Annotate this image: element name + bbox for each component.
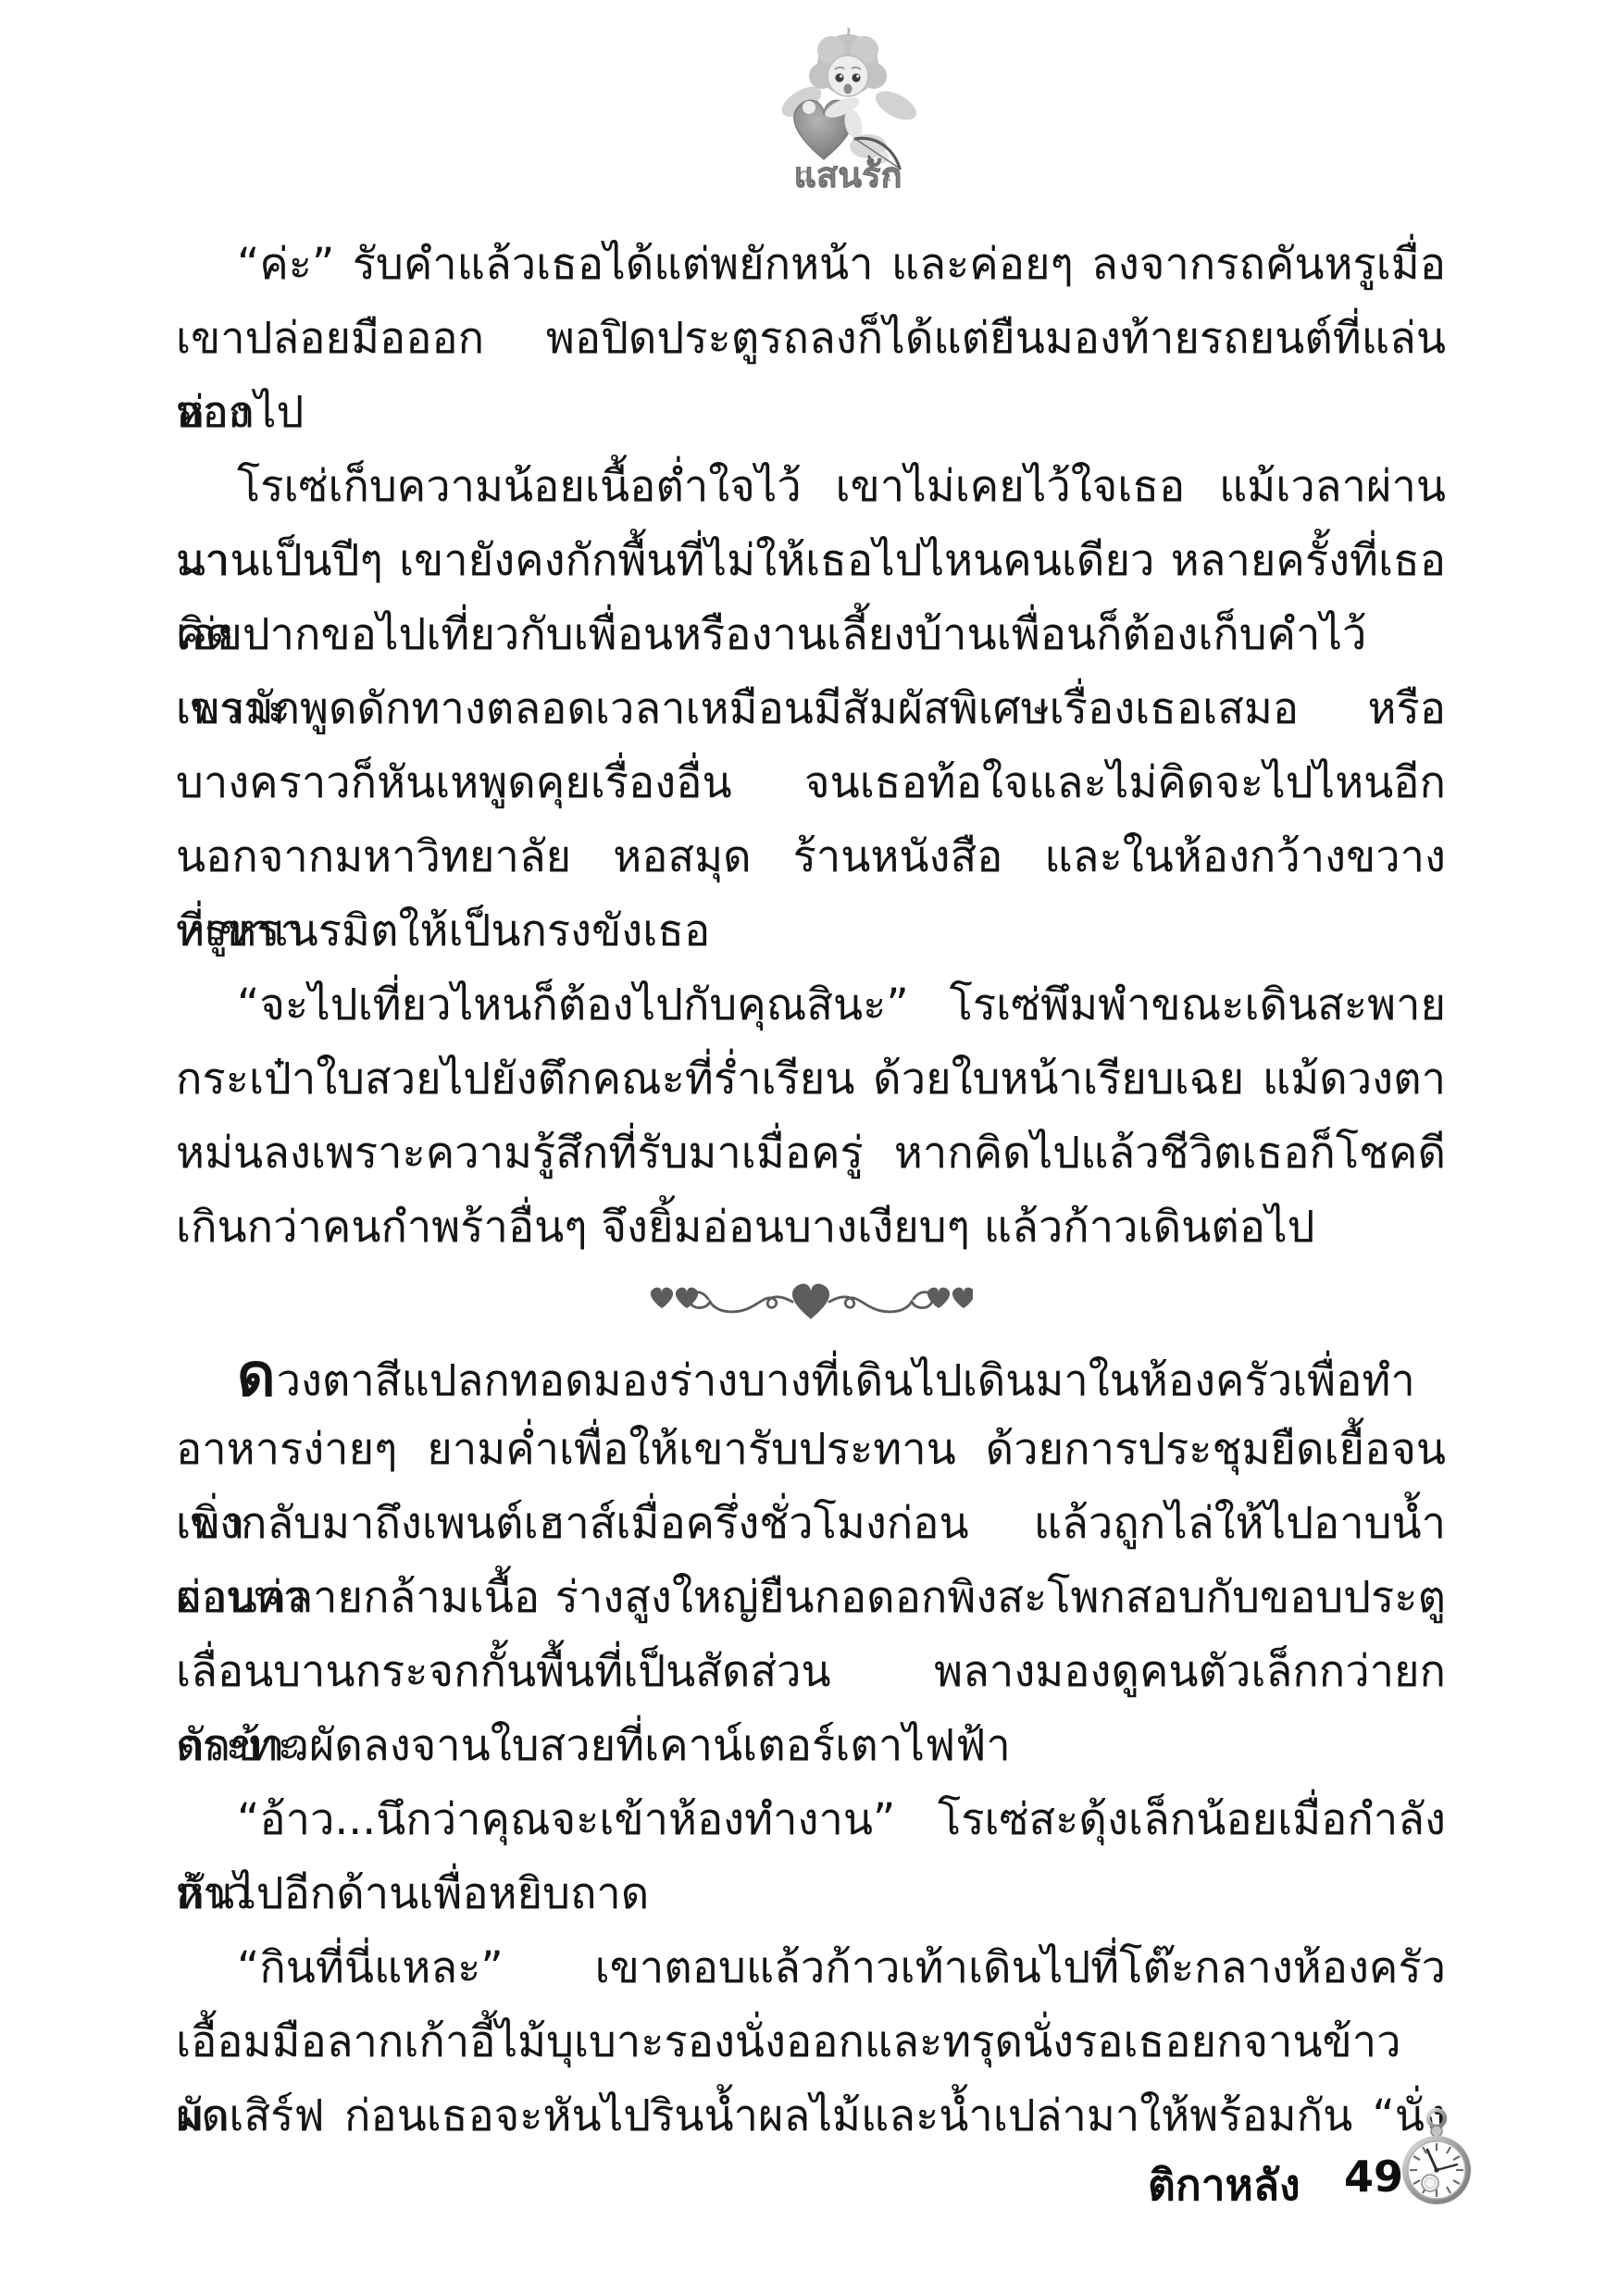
body-line: เลื่อนบานกระจกกั้นพื้นที่เป็นสัดส่วน พลา… [176, 1635, 1446, 1709]
body-line: เขามักพูดดักทางตลอดเวลาเหมือนมีสัมผัสพิเ… [176, 672, 1446, 746]
pocket-watch-icon [1400, 2107, 1472, 2218]
body-line: “อ้าว...นึกว่าคุณจะเข้าห้องทำงาน” โรเซ่ส… [176, 1783, 1446, 1857]
body-line: หม่นลงเพราะความรู้สึกที่รับมาเมื่อครู่ ห… [176, 1117, 1446, 1191]
wing-right [871, 85, 921, 126]
page-body: “ค่ะ” รับคำแล้วเธอได้แต่พยักหน้า และค่อย… [176, 228, 1446, 2153]
header-logo: แสนรัก [765, 28, 931, 193]
body-line: นานเป็นปีๆ เขายังคงกักพื้นที่ไม่ให้เธอไป… [176, 524, 1446, 598]
body-line: ที่เขาเนรมิตให้เป็นกรงขังเธอ [176, 894, 1446, 968]
cupid-heart-logo: แสนรัก [765, 28, 931, 193]
body-line: เกินกว่าคนกำพร้าอื่นๆ จึงยิ้มอ่อนบางเงีย… [176, 1191, 1446, 1265]
page-footer: ติกาหลัง 49 [1148, 2107, 1481, 2237]
body-line: นอกจากมหาวิทยาลัย หอสมุด ร้านหนังสือ และ… [176, 820, 1446, 894]
body-line-text: วงตาสีแปลกทอดมองร่างบางที่เดินไปเดินมาใน… [277, 1355, 1415, 1406]
body-line: หันไปอีกด้านเพื่อหยิบถาด [176, 1857, 1446, 1931]
chapter-title: ติกาหลัง [1148, 2152, 1301, 2219]
body-line: “จะไปเที่ยวไหนก็ต้องไปกับคุณสินะ” โรเซ่พ… [176, 968, 1446, 1042]
body-line: อาหารง่ายๆ ยามค่ำเพื่อให้เขารับประทาน ด้… [176, 1413, 1446, 1487]
body-line: โรเซ่เก็บความน้อยเนื้อต่ำใจไว้ เขาไม่เคย… [176, 450, 1446, 524]
logo-caption: แสนรัก [793, 155, 902, 193]
body-line: ออกไป [176, 376, 1446, 450]
hearts-divider-icon [649, 1280, 973, 1323]
body-line: “กินที่นี่แหละ” เขาตอบแล้วก้าวเท้าเดินไป… [176, 1931, 1446, 2005]
body-line-dropcap: ดวงตาสีแปลกทอดมองร่างบางที่เดินไปเดินมาใ… [176, 1339, 1446, 1413]
body-line: ตักข้าวผัดลงจานใบสวยที่เคาน์เตอร์เตาไฟฟ้… [176, 1709, 1446, 1783]
body-line: ผ่อนคลายกล้ามเนื้อ ร่างสูงใหญ่ยืนกอดอกพิ… [176, 1561, 1446, 1635]
body-line: บางคราวก็หันเหพูดคุยเรื่องอื่น จนเธอท้อใ… [176, 746, 1446, 820]
page-number: 49 [1344, 2152, 1403, 2202]
body-line: เอื้อมมือลากเก้าอี้ไม้บุเบาะรองนั่งออกแล… [176, 2005, 1446, 2079]
drop-cap: ด [237, 1341, 277, 1410]
body-line: เขาปล่อยมือออก พอปิดประตูรถลงก็ได้แต่ยืน… [176, 302, 1446, 376]
body-line: เอ่ยปากขอไปเที่ยวกับเพื่อนหรืองานเลี้ยงบ… [176, 598, 1446, 672]
book-page: แสนรัก “ค่ะ” รับคำแล้วเธอได้แต่พยักหน้า … [0, 0, 1618, 2296]
body-line: กระเป๋าใบสวยไปยังตึกคณะที่ร่ำเรียน ด้วยใ… [176, 1042, 1446, 1117]
body-line: “ค่ะ” รับคำแล้วเธอได้แต่พยักหน้า และค่อย… [176, 228, 1446, 302]
body-line: เพิ่งกลับมาถึงเพนต์เฮาส์เมื่อครึ่งชั่วโม… [176, 1487, 1446, 1561]
scene-divider [176, 1265, 1446, 1339]
